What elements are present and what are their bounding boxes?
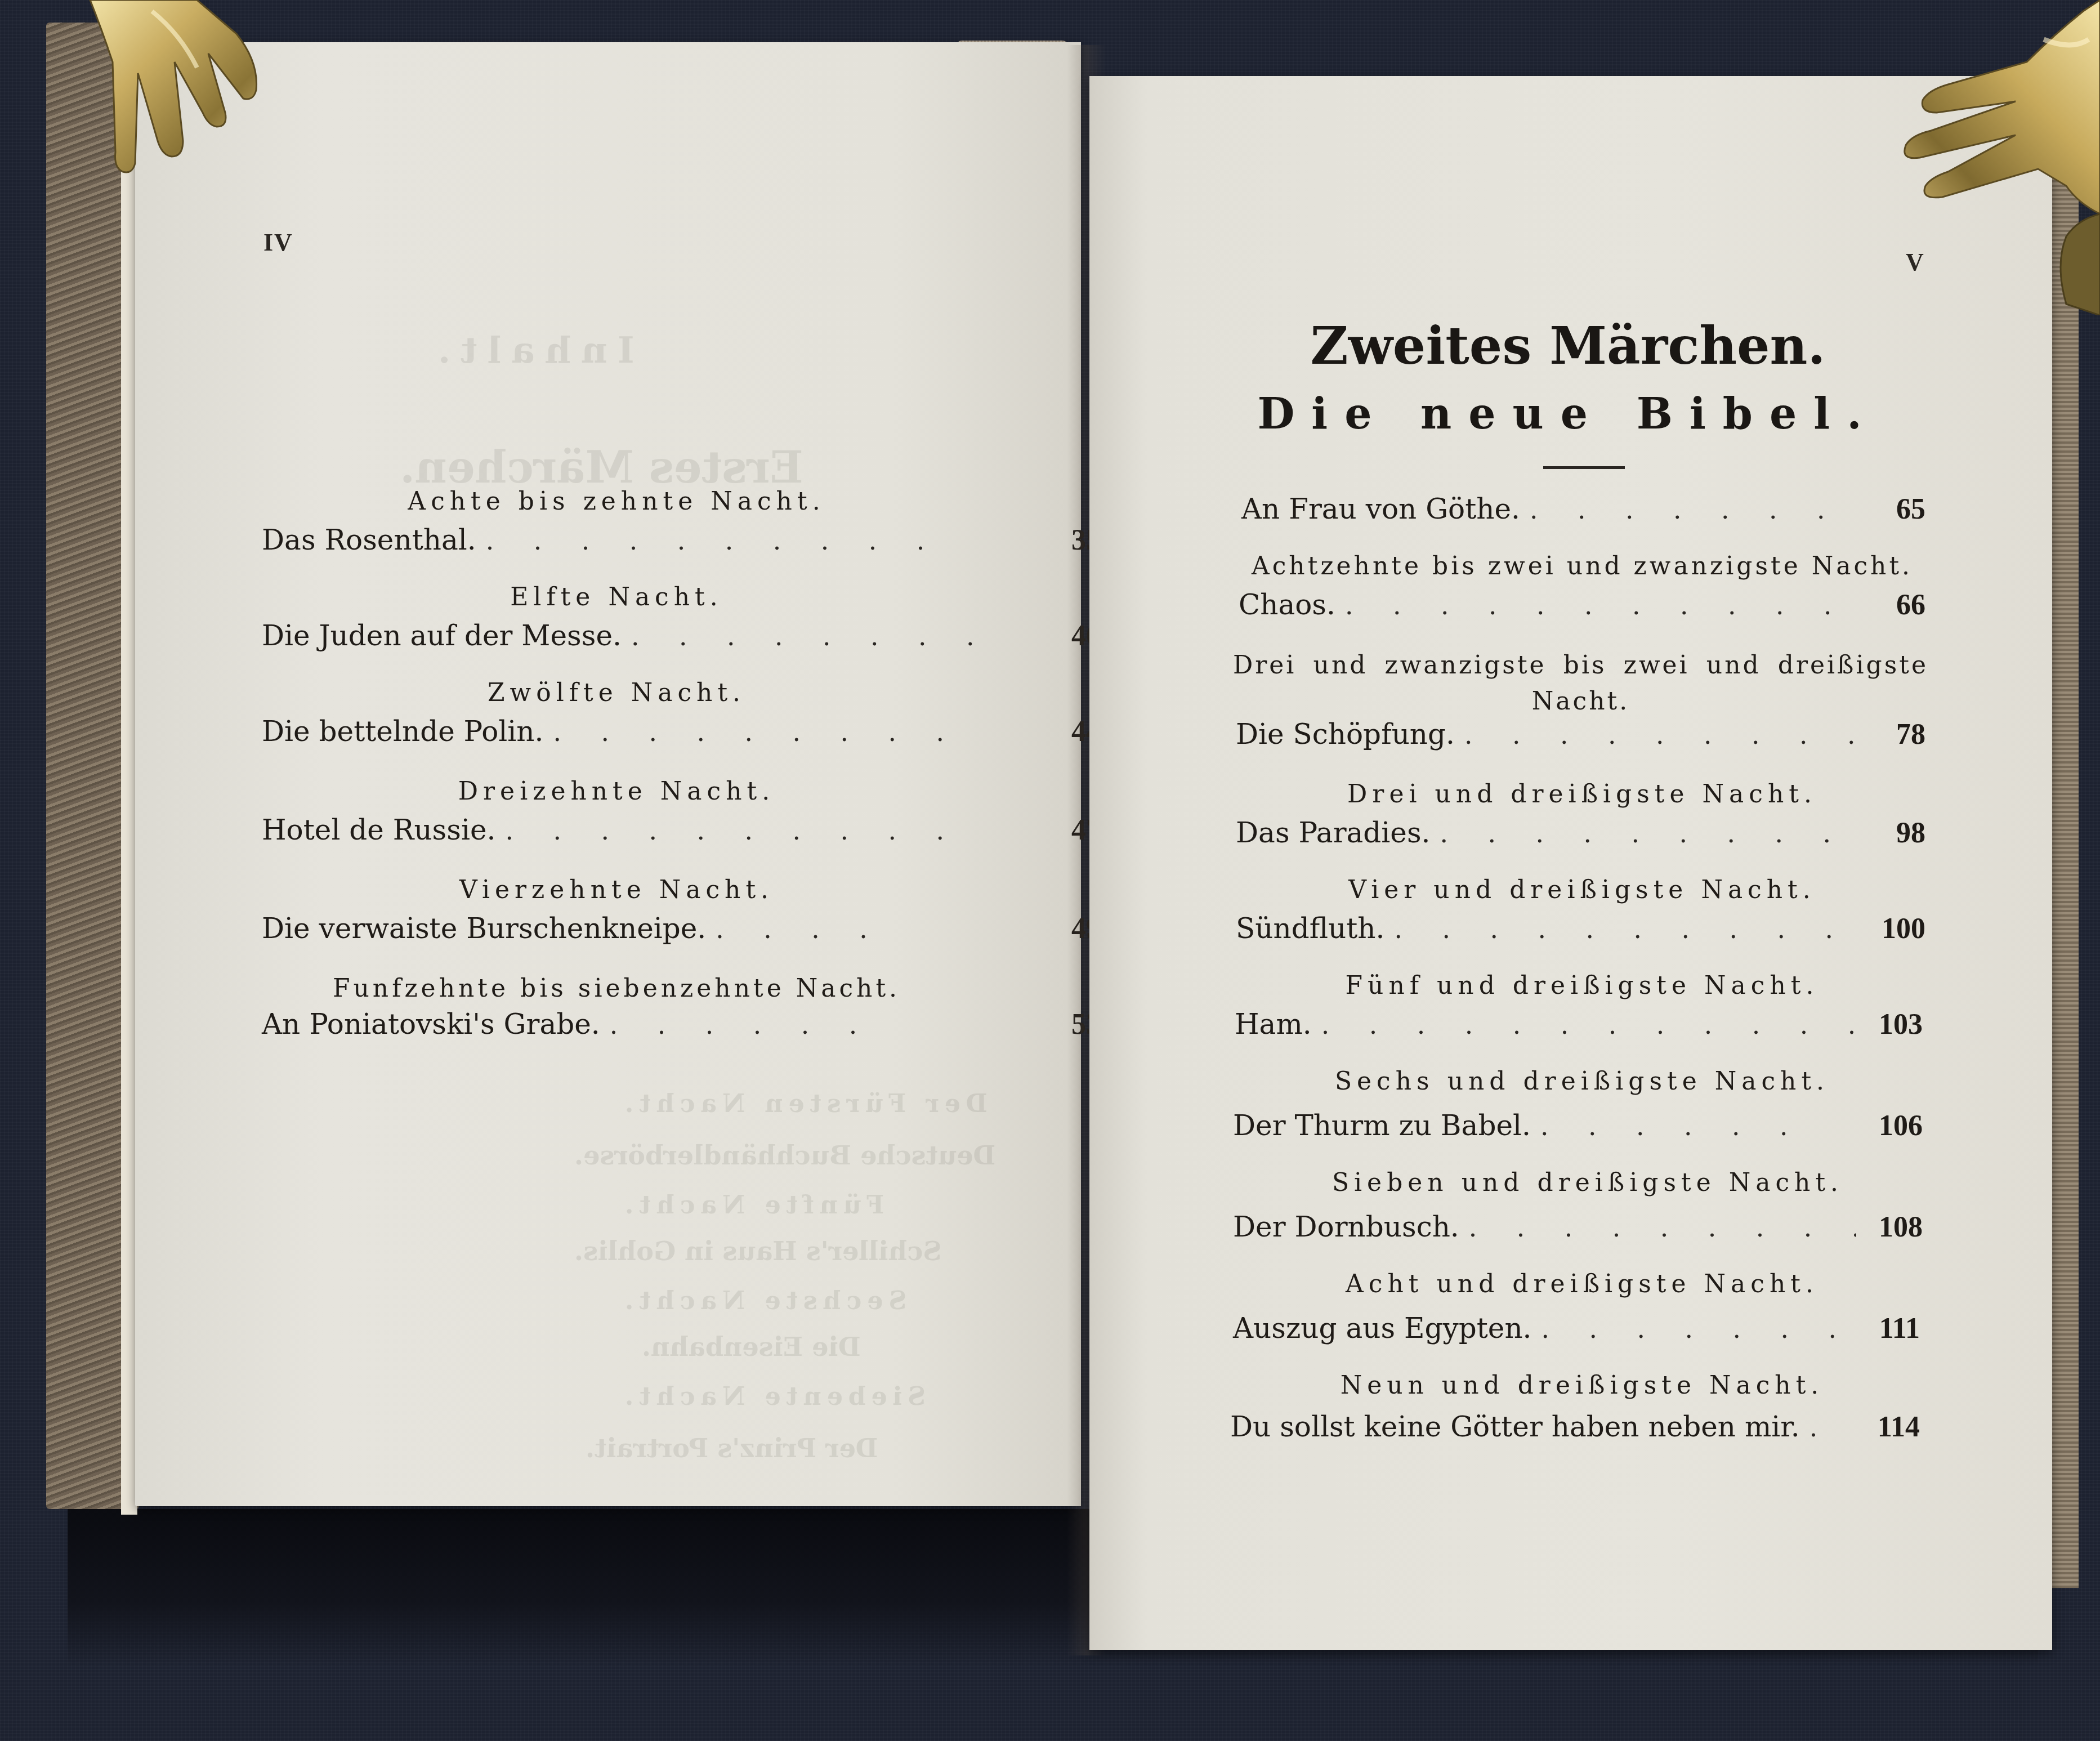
toc-section-heading: Acht und dreißigste Nacht. xyxy=(1236,1270,1928,1298)
toc-page-number: 111 xyxy=(1864,1312,1920,1345)
leader-dots: . xyxy=(1810,1410,1853,1443)
toc-section-heading: Dreizehnte Nacht. xyxy=(262,777,971,806)
toc-section-heading: Vierzehnte Nacht. xyxy=(262,876,971,904)
brass-hand-icon xyxy=(1897,0,2100,315)
leader-dots: . . . . . . xyxy=(610,1008,1034,1041)
toc-page-number: 114 xyxy=(1864,1410,1920,1444)
leader-dots: . . . . . . . . . xyxy=(553,715,1034,748)
toc-entry[interactable]: Die verwaiste Burschenkneipe. . . . . 49 xyxy=(262,912,1101,945)
toc-section-heading: Funfzehnte bis siebenzehnte Nacht. xyxy=(262,974,971,1003)
toc-entry-title: Auszug aus Egypten. xyxy=(1233,1312,1532,1345)
toc-entry[interactable]: Die bettelnde Polin. . . . . . . . . . 4… xyxy=(262,715,1101,748)
show-through-text: Sechste Nacht. xyxy=(619,1287,906,1315)
left-page: Inhalt. Erstes Märchen. Der Fürsten Nach… xyxy=(135,42,1081,1506)
leader-dots: . . . . . . . xyxy=(1542,1312,1853,1345)
toc-entry-title: Die bettelnde Polin. xyxy=(262,715,543,748)
leader-dots: . . . . . . . . . xyxy=(1469,1211,1856,1243)
show-through-text: Die Eisenbahn. xyxy=(642,1332,861,1362)
show-through-text: Inhalt. xyxy=(428,329,635,372)
toc-section-heading: Drei und dreißigste Nacht. xyxy=(1236,780,1928,809)
toc-entry-title: Sündfluth. xyxy=(1236,912,1384,945)
toc-entry-title: Die Schöpfung. xyxy=(1236,718,1455,751)
leader-dots: . . . . . . . . . . xyxy=(1441,816,1859,849)
toc-entry[interactable]: Das Rosenthal. . . . . . . . . . . 35 xyxy=(262,524,1101,557)
toc-entry[interactable]: Die Schöpfung. . . . . . . . . . 78 xyxy=(1236,718,1925,751)
leader-dots: . . . . . . . . . . . . . xyxy=(1346,588,1859,621)
toc-page-number: 98 xyxy=(1869,816,1925,850)
toc-section-heading: Zwölfte Nacht. xyxy=(262,678,971,707)
toc-entry[interactable]: Auszug aus Egypten. . . . . . . . 111 xyxy=(1233,1312,1920,1345)
toc-section-heading: Fünf und dreißigste Nacht. xyxy=(1236,971,1928,1000)
toc-entry-title: Der Thurm zu Babel. xyxy=(1233,1109,1531,1142)
show-through-text: Der Fürsten Nacht. xyxy=(619,1090,988,1118)
toc-section-heading: Drei und zwanzigste bis zwei und dreißig… xyxy=(1233,648,1928,720)
show-through-text: Siebente Nacht. xyxy=(619,1382,926,1411)
toc-entry[interactable]: Die Juden auf der Messe. . . . . . . . .… xyxy=(262,619,1101,653)
toc-entry[interactable]: Der Thurm zu Babel. . . . . . . 106 xyxy=(1233,1109,1923,1142)
toc-section-heading: Sechs und dreißigste Nacht. xyxy=(1236,1067,1928,1096)
divider-rule xyxy=(1543,466,1625,469)
toc-entry-title: Die verwaiste Burschenkneipe. xyxy=(262,912,706,945)
toc-entry[interactable]: An Poniatovski's Grabe. . . . . . . 53 xyxy=(262,1008,1101,1041)
brass-hand-icon xyxy=(68,0,304,191)
toc-page-number: 65 xyxy=(1869,493,1925,526)
toc-page-number: 78 xyxy=(1869,718,1925,751)
toc-entry-title: Das Paradies. xyxy=(1236,816,1431,849)
toc-section-heading: Elfte Nacht. xyxy=(262,583,971,611)
toc-section-heading: Sieben und dreißigste Nacht. xyxy=(1236,1168,1940,1197)
toc-page-number: 103 xyxy=(1866,1008,1923,1041)
leader-dots: . . . . . . . . . . . . xyxy=(1322,1008,1856,1041)
leader-dots: . . . . . . . . xyxy=(632,619,1034,652)
toc-entry[interactable]: Sündfluth. . . . . . . . . . . 100 xyxy=(1236,912,1925,945)
toc-page-number: 100 xyxy=(1869,912,1925,945)
show-through-text: Fünfte Nacht. xyxy=(619,1191,884,1220)
toc-entry[interactable]: Ham. . . . . . . . . . . . . 103 xyxy=(1235,1008,1923,1041)
toc-entry-title: Das Rosenthal. xyxy=(262,524,476,556)
toc-entry[interactable]: Du sollst keine Götter haben neben mir. … xyxy=(1230,1410,1920,1444)
toc-section-heading: Neun und dreißigste Nacht. xyxy=(1236,1371,1928,1400)
toc-page-number: 108 xyxy=(1866,1211,1923,1244)
toc-entry-title: An Poniatovski's Grabe. xyxy=(262,1008,600,1041)
toc-entry-title: An Frau von Göthe. xyxy=(1241,493,1520,525)
toc-page-number: 106 xyxy=(1866,1109,1923,1142)
chapter-subtitle: Die neue Bibel. xyxy=(1202,389,1934,439)
leader-dots: . . . . . . . . . xyxy=(1465,718,1859,751)
toc-entry-title: Chaos. xyxy=(1239,588,1335,621)
leader-dots: . . . . xyxy=(716,912,1034,945)
toc-section-heading: Achte bis zehnte Nacht. xyxy=(262,487,971,516)
toc-entry-title: Ham. xyxy=(1235,1008,1312,1041)
toc-entry-title: Hotel de Russie. xyxy=(262,814,495,846)
toc-section-heading: Vier und dreißigste Nacht. xyxy=(1236,876,1928,904)
leader-dots: . . . . . . . . . . xyxy=(486,524,1034,556)
toc-entry[interactable]: Das Paradies. . . . . . . . . . . 98 xyxy=(1236,816,1925,850)
leader-dots: . . . . . . . . . . xyxy=(506,814,1034,846)
toc-entry[interactable]: Der Dornbusch. . . . . . . . . . 108 xyxy=(1233,1211,1923,1244)
toc-entry-title: Der Dornbusch. xyxy=(1233,1211,1459,1243)
show-through-text: Schiller's Haus in Gohlis. xyxy=(574,1236,941,1266)
toc-page-number: 66 xyxy=(1869,588,1925,622)
toc-entry-title: Die Juden auf der Messe. xyxy=(262,619,622,652)
page-number-iv: IV xyxy=(263,228,293,257)
toc-entry[interactable]: Hotel de Russie. . . . . . . . . . . 47 xyxy=(262,814,1101,847)
show-through-text: Erstes Märchen. xyxy=(400,442,803,493)
toc-entry[interactable]: Chaos. . . . . . . . . . . . . . 66 xyxy=(1239,588,1925,622)
toc-entry[interactable]: An Frau von Göthe. . . . . . . . . 65 xyxy=(1241,493,1925,526)
toc-section-heading: Achtzehnte bis zwei und zwanzigste Nacht… xyxy=(1236,552,1928,581)
leader-dots: . . . . . . . . xyxy=(1530,493,1859,525)
leader-dots: . . . . . . xyxy=(1541,1109,1856,1142)
leader-dots: . . . . . . . . . . xyxy=(1395,912,1859,945)
show-through-text: Deutsche Buchhändlerbörse. xyxy=(574,1140,995,1171)
toc-entry-title: Du sollst keine Götter haben neben mir. xyxy=(1230,1410,1800,1443)
show-through-text: Der Prinz's Portrait. xyxy=(586,1433,878,1463)
chapter-title: Zweites Märchen. xyxy=(1202,315,1934,376)
